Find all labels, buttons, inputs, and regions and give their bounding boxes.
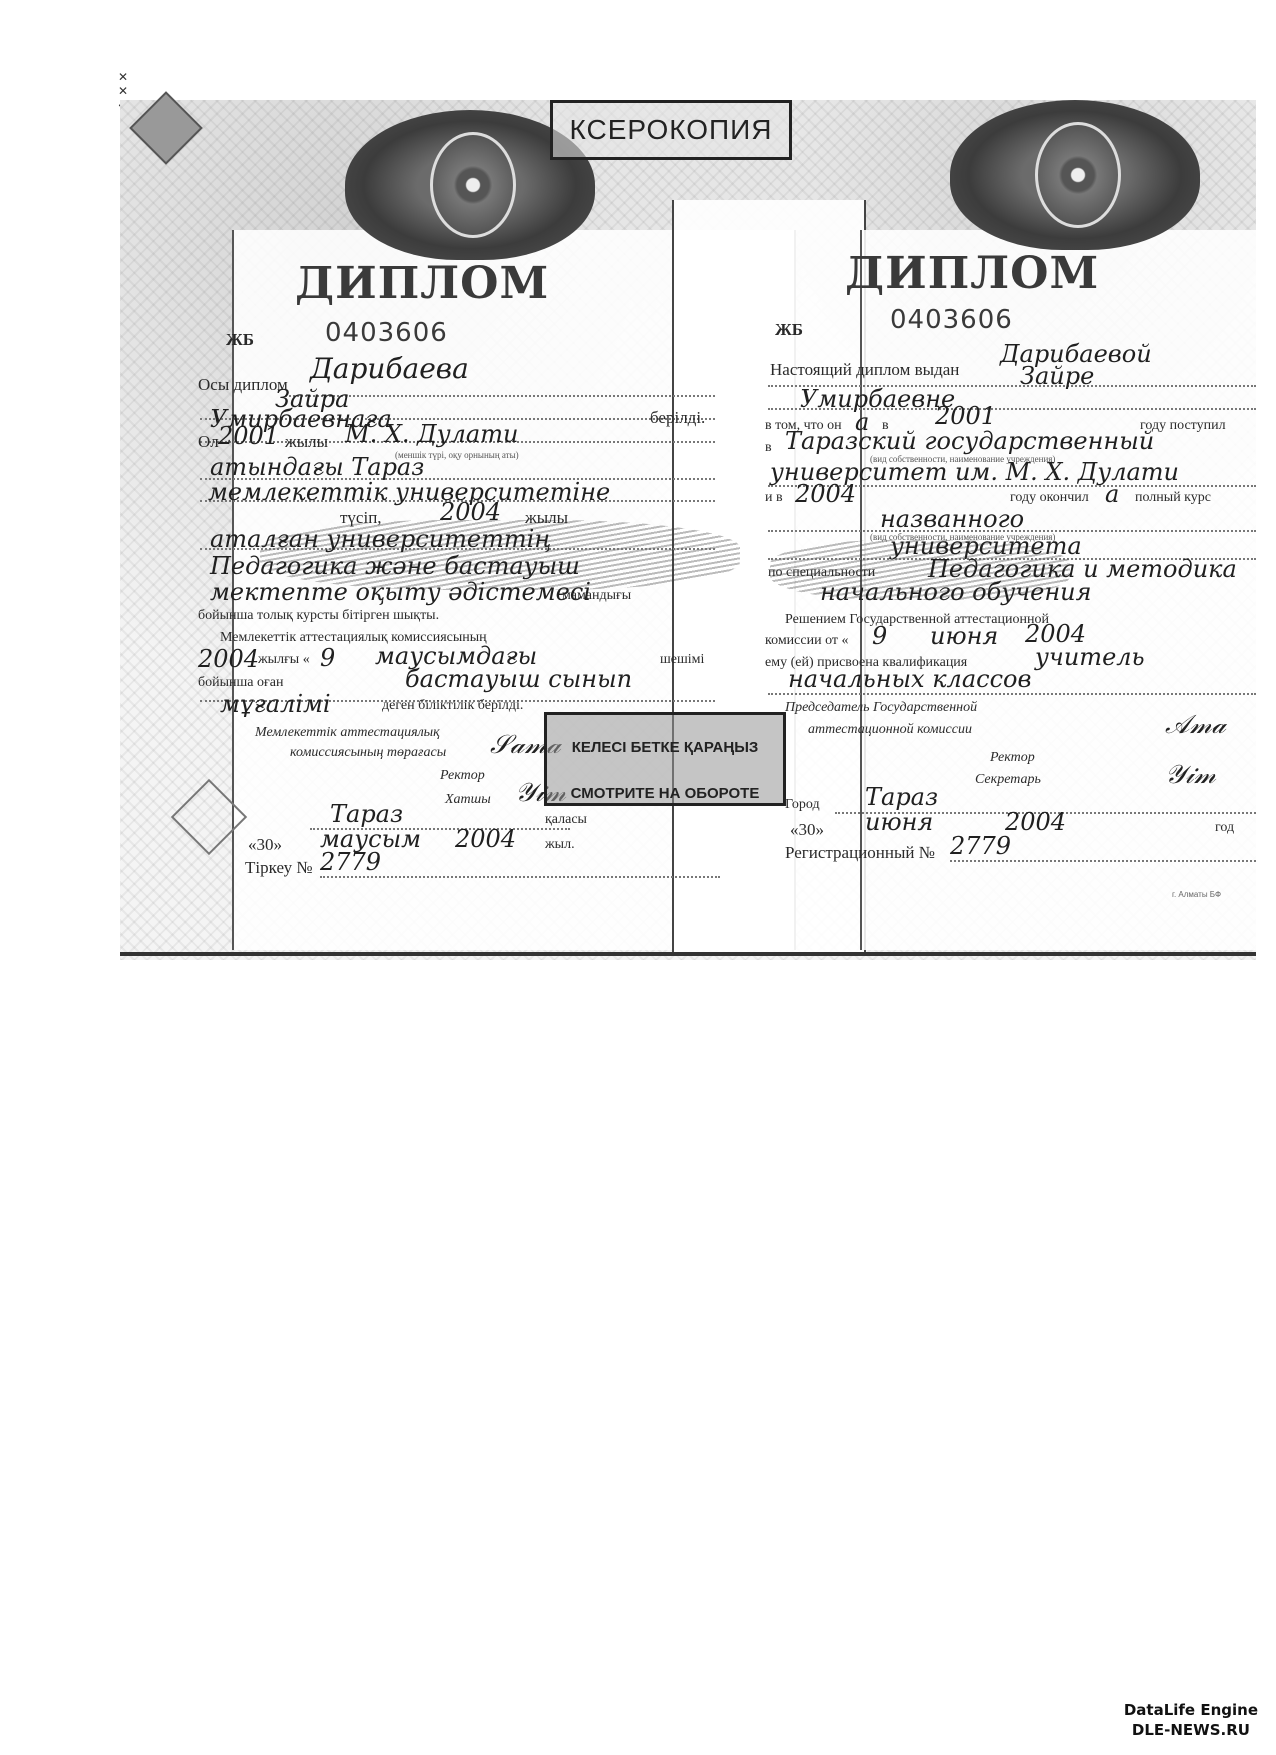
label-registration-ru: Регистрационный № [785, 843, 935, 863]
diploma-title-ru: ДИПЛОМ [845, 248, 1099, 299]
date-day-kz: «30» [248, 835, 282, 855]
label-and-in: и в [765, 490, 783, 506]
named-line1-ru: названного [880, 505, 1024, 533]
label-chair: Мемлекеттік аттестациялық [255, 725, 440, 741]
state-emblem-icon [950, 100, 1200, 250]
label-ol: Ол [198, 432, 219, 452]
institution-line1-kz: М. Х. Дулати [345, 420, 518, 448]
diploma-scan: КСЕРОКОПИЯ ДИПЛОМ ЖБ 0403606 Осы диплом … [120, 100, 1256, 960]
label-completed: бойынша толық курсты бітірген шықты. [198, 608, 439, 624]
signature-chair-ru: 𝒜𝓂𝒶 [1165, 710, 1226, 741]
specialty-line2-kz: мектепте оқыту әдістемесі [210, 578, 591, 606]
label-specialty: мамандығы [562, 588, 631, 604]
year-out-ru: 2004 [795, 480, 856, 508]
date-year-ru: 2004 [1005, 808, 1066, 836]
label-chair: комиссиясының төрағасы [290, 745, 446, 761]
qualification-line1-ru: учитель [1035, 643, 1145, 671]
date-day-ru: «30» [790, 820, 824, 840]
label-chair-ru: Председатель Государственной [785, 700, 977, 716]
see-reverse-stamp: КЕЛЕСІ БЕТКЕ ҚАРАҢЫЗ СМОТРИТЕ НА ОБОРОТЕ [544, 712, 786, 806]
institution-line3-kz: мемлекеттік университетіне [208, 478, 610, 506]
label-according: бойынша оған [198, 675, 283, 691]
institution-line1-ru: Таразский государственный [785, 427, 1154, 455]
scan-bottom-edge [120, 952, 1256, 956]
label-rector-ru: Ректор [990, 750, 1035, 766]
year-in-kz: 2001 [218, 422, 279, 450]
see-reverse-ru: СМОТРИТЕ НА ОБОРОТЕ [547, 781, 783, 807]
label-city-ru: Город [785, 797, 820, 813]
label-registration: Тіркеу № [245, 858, 313, 878]
label-chair-ru: аттестационной комиссии [808, 722, 972, 738]
fill-line [950, 860, 1256, 862]
label-city: қаласы [545, 812, 587, 828]
fill-line [768, 693, 1256, 695]
qualification-line1-kz: бастауыш сынып [405, 665, 632, 693]
fill-line [285, 395, 715, 397]
city-ru: Тараз [865, 783, 938, 811]
label-year: жыл. [545, 837, 575, 853]
label-full-course: полный курс [1135, 490, 1211, 506]
printer-mark: г. Алматы БФ [1172, 890, 1221, 899]
named-univ-kz: аталған университеттің [210, 525, 551, 553]
registration-number-kz: 2779 [320, 848, 381, 876]
date-year-kz: 2004 [455, 825, 516, 853]
label-qualification-given: деген біліктілік берілді. [382, 698, 523, 714]
year-out-kz: 2004 [440, 498, 501, 526]
specialty-line1-kz: Педагогика және бастауыш [210, 552, 580, 580]
series-ru: ЖБ [775, 320, 803, 340]
label-dated: жылғы « [258, 652, 310, 668]
diploma-title-kz: ДИПЛОМ [295, 258, 549, 309]
city-kz: Тараз [330, 800, 403, 828]
label-secretary: Хатшы [445, 792, 491, 808]
label-issued-to-ru: Настоящий диплом выдан [770, 360, 959, 380]
series-kz: ЖБ [226, 330, 254, 350]
label-year-ru: год [1215, 820, 1234, 836]
label-graduated: году окончил [1010, 490, 1089, 506]
label-decision-ru: Решением Государственной аттестационной [785, 612, 1049, 628]
year-in-ru: 2001 [935, 402, 996, 430]
label-secretary-ru: Секретарь [975, 772, 1041, 788]
label-in: в [765, 440, 772, 456]
surname-kz: Дарибаева [310, 352, 469, 385]
decision-day-kz: 9 [320, 644, 335, 672]
diploma-number-ru: 0403606 [890, 305, 1013, 335]
label-rector: Ректор [440, 768, 485, 784]
label-year: жылы [285, 432, 328, 452]
qualification-line2-kz: мұғалімі [220, 690, 331, 718]
decision-year-kz: 2004 [198, 645, 259, 673]
fill-line [320, 876, 720, 878]
name-ru: Зайре [1020, 362, 1094, 390]
label-commission-dated: комиссии от « [765, 633, 849, 649]
label-issued: берілді. [650, 408, 705, 428]
label-decision: шешімі [660, 652, 704, 668]
site-watermark: DataLife Engine DLE-NEWS.RU [1124, 1700, 1258, 1740]
date-month-ru: июня [865, 808, 933, 836]
institution-line2-kz: атындағы Тараз [210, 453, 424, 481]
see-reverse-kz: КЕЛЕСІ БЕТКЕ ҚАРАҢЫЗ [547, 735, 783, 761]
diploma-number-kz: 0403606 [325, 318, 448, 348]
decision-day-ru: 9 [872, 622, 887, 650]
registration-number-ru: 2779 [950, 832, 1011, 860]
watermark-line1: DataLife Engine [1124, 1700, 1258, 1720]
watermark-line2: DLE-NEWS.RU [1124, 1720, 1258, 1740]
signature-secretary-ru: 𝒴𝒾𝓂 [1165, 760, 1216, 791]
suffix-a: а [1105, 480, 1119, 508]
specialty-line2-ru: начального обучения [820, 578, 1091, 606]
decision-month-ru: июня [930, 622, 998, 650]
xerocopy-stamp: КСЕРОКОПИЯ [550, 100, 792, 160]
patronymic-ru: Умирбаевне [800, 385, 955, 413]
qualification-line2-ru: начальных классов [788, 665, 1031, 693]
